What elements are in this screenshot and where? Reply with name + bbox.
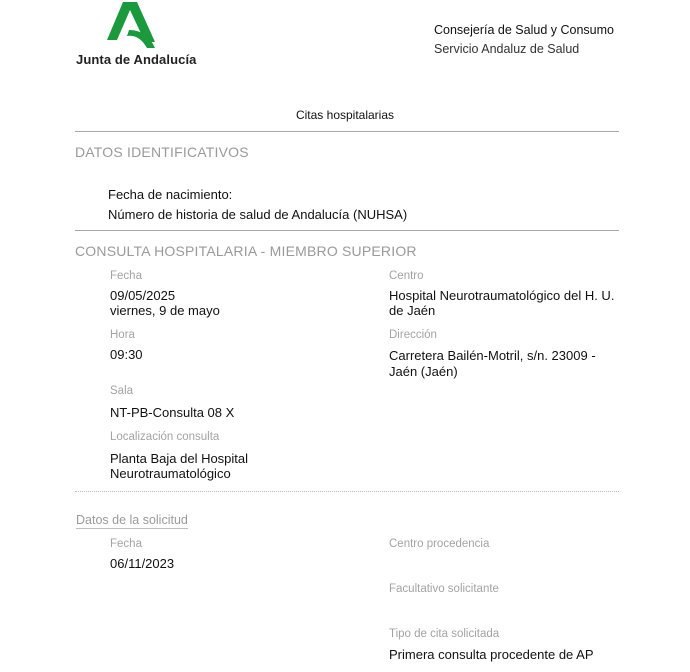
section-title-datos-identificativos: DATOS IDENTIFICATIVOS (75, 144, 249, 160)
organization-name: Consejería de Salud y Consumo (434, 23, 614, 37)
fecha-nacimiento-label: Fecha de nacimiento: (108, 187, 232, 202)
centro-label: Centro (389, 270, 424, 282)
tipo-cita-value: Primera consulta procedente de AP (389, 647, 594, 662)
document-title: Citas hospitalarias (0, 108, 690, 122)
fecha-label: Fecha (110, 270, 142, 282)
centro-procedencia-label: Centro procedencia (389, 538, 489, 550)
service-name: Servicio Andaluz de Salud (434, 42, 579, 56)
facultativo-label: Facultativo solicitante (389, 583, 499, 595)
centro-value: Hospital Neurotraumatológico del H. U. (389, 288, 614, 303)
divider (75, 131, 619, 132)
sala-value: NT-PB-Consulta 08 X (110, 405, 234, 420)
logo-text: Junta de Andalucía (76, 52, 197, 67)
direccion-value: Carretera Bailén-Motril, s/n. 23009 - (389, 348, 596, 363)
fecha-value: 09/05/2025 (110, 288, 175, 303)
divider (75, 230, 619, 231)
divider (75, 491, 619, 492)
tipo-cita-label: Tipo de cita solicitada (389, 628, 499, 640)
section-title-consulta: CONSULTA HOSPITALARIA - MIEMBRO SUPERIOR (75, 243, 417, 259)
centro-value-line2: de Jaén (389, 303, 435, 318)
nuhsa-label: Número de historia de salud de Andalucía… (108, 207, 407, 222)
hora-label: Hora (110, 329, 135, 341)
direccion-value-line2: Jaén (Jaén) (389, 364, 458, 379)
junta-andalucia-logo-icon (103, 2, 159, 50)
localizacion-label: Localización consulta (110, 431, 219, 443)
solicitud-fecha-label: Fecha (110, 538, 142, 550)
solicitud-fecha-value: 06/11/2023 (110, 556, 174, 571)
localizacion-value: Planta Baja del Hospital (110, 451, 248, 466)
section-title-solicitud: Datos de la solicitud (76, 513, 188, 529)
sala-label: Sala (110, 385, 133, 397)
localizacion-value-line2: Neurotraumatológico (110, 466, 231, 481)
hora-value: 09:30 (110, 347, 143, 362)
fecha-weekday-value: viernes, 9 de mayo (110, 303, 220, 318)
direccion-label: Dirección (389, 329, 437, 341)
